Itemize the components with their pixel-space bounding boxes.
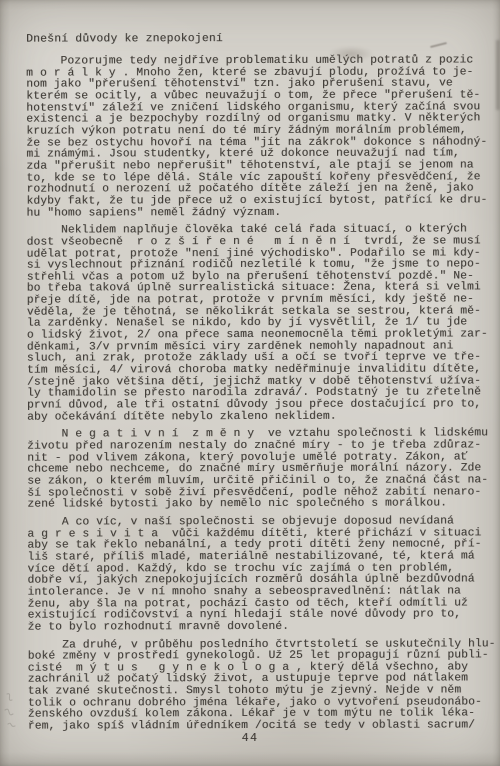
paragraph: N e g a t i v n í z m ě n y ve vztahu sp… [27, 429, 486, 512]
pencil-mark-icon [2, 690, 24, 730]
paragraph: Neklidem naplňuje člověka také celá řada… [27, 225, 487, 424]
document-body: Dnešní důvody ke znepokojení Pozorujme t… [26, 32, 487, 739]
page-title: Dnešní důvody ke znepokojení [26, 32, 485, 45]
paragraph: Pozorujme tedy nejdříve problematiku umě… [26, 55, 485, 219]
paragraph: A co víc, v naší společnosti se objevuje… [27, 516, 486, 634]
smudge-mark-icon [328, 46, 374, 62]
paragraph: Za druhé, v průběhu posledního čtvrtstol… [28, 639, 487, 733]
page-number: 44 [0, 732, 500, 745]
edge-streak [496, 40, 500, 110]
scanned-page: Dnešní důvody ke znepokojení Pozorujme t… [0, 0, 500, 766]
